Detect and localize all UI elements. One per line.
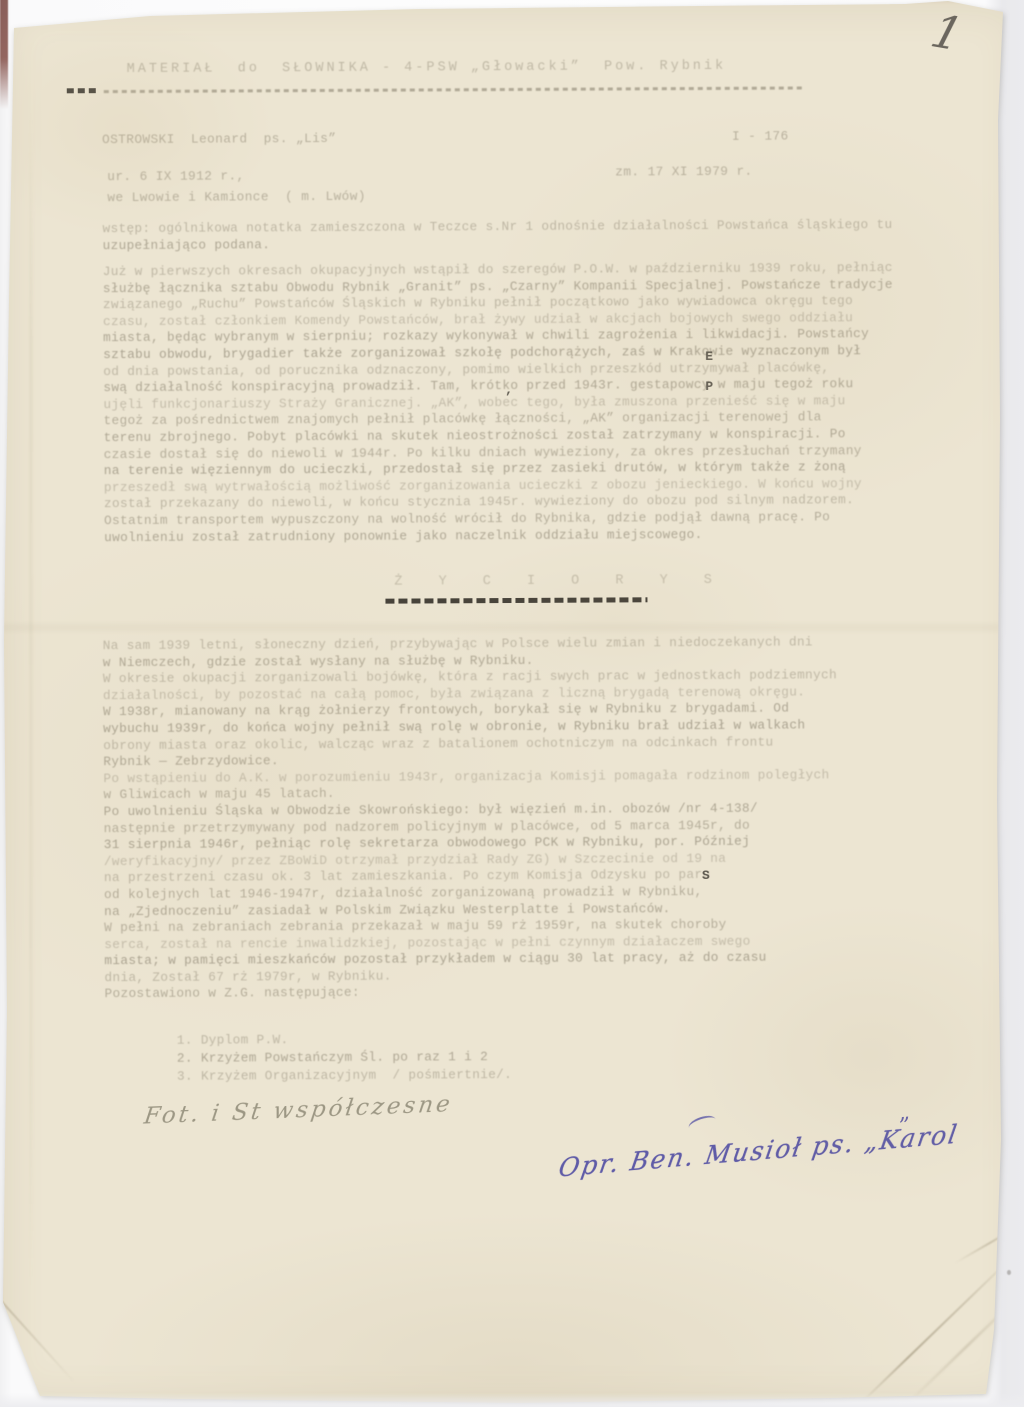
typed-line: uwolnieniu został zatrudniony ponownie j… <box>104 525 954 546</box>
section-heading-zyciorys: Ż Y C I O R Y S <box>394 573 726 590</box>
heading-underline-rule <box>385 597 647 603</box>
handwritten-page-number: 1 <box>925 4 969 61</box>
blue-ink-quote-mark: ” <box>898 1113 912 1139</box>
death-date-line: zm. 17 XI 1979 r. <box>615 164 752 180</box>
red-edge-mark <box>0 0 8 109</box>
intro-paragraph: wstęp: ogólnikowa notatka zamieszczona w… <box>102 217 952 255</box>
typed-line: uzupełniająco podana. <box>103 233 953 254</box>
overstruck-letter: ’ <box>504 390 512 405</box>
birth-place-line: we Lwowie i Kamionce ( m. Lwów) <box>107 189 366 205</box>
page-content: 1 MATERIAŁ do SŁOWNIKA - 4-PSW „Głowacki… <box>0 0 1024 1407</box>
paper-sheet: 1 MATERIAŁ do SŁOWNIKA - 4-PSW „Głowacki… <box>0 0 1024 1407</box>
left-dash-mark <box>67 88 98 93</box>
overstruck-letter: S <box>702 868 710 883</box>
blue-ink-flourish <box>687 1113 718 1134</box>
subject-name: OSTROWSKI Leonard ps. „Lis” <box>102 131 336 147</box>
reference-number: I - 176 <box>732 129 789 144</box>
paragraph-2: Na sam 1939 letni, słoneczny dzień, przy… <box>103 634 960 1004</box>
list-item: 3. Krzyżem Organizacyjnym / pośmiertnie/… <box>177 1066 777 1086</box>
scanned-document-page: 1 MATERIAŁ do SŁOWNIKA - 4-PSW „Głowacki… <box>0 0 1024 1407</box>
typed-line: Pozostawiono w Z.G. następujące: <box>104 982 959 1003</box>
paper-shadow: 1 MATERIAŁ do SŁOWNIKA - 4-PSW „Głowacki… <box>0 0 1024 1407</box>
decorations-list: 1. Dyplom P.W.2. Krzyżem Powstańczym Śl.… <box>177 1030 777 1088</box>
list-item: 2. Krzyżem Powstańczym Śl. po raz 1 i 2 <box>177 1048 777 1068</box>
overstruck-letter: P <box>705 379 713 394</box>
list-item: 1. Dyplom P.W. <box>177 1030 777 1050</box>
document-title: MATERIAŁ do SŁOWNIKA - 4-PSW „Głowacki” … <box>127 59 727 77</box>
scan-speck <box>1007 1270 1011 1275</box>
paragraph-1: Już w pierwszych okresach okupacyjnych w… <box>103 260 954 547</box>
birth-date-line: ur. 6 IX 1912 r., <box>107 168 244 184</box>
overstruck-letter: E <box>705 349 713 364</box>
pencil-annotation: Fot. i St współczesne <box>142 1091 454 1130</box>
title-underline-rule <box>104 86 804 93</box>
overstruck-letters: EP’S <box>0 0 1020 3</box>
